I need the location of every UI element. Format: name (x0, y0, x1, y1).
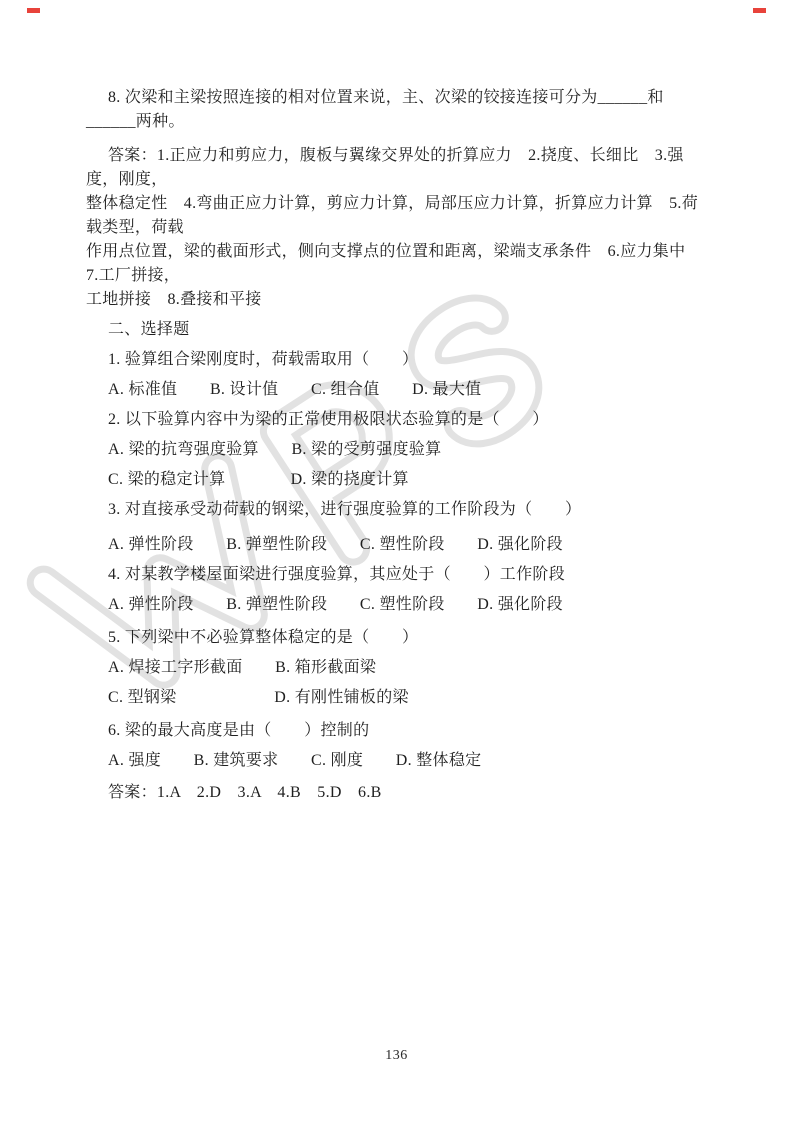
answer-paragraph-line: 工地拼接 8.叠接和平接 (86, 288, 707, 312)
document-page: 8. 次梁和主梁按照连接的相对位置来说，主、次梁的铰接连接可分为______和_… (0, 0, 793, 1122)
question-3-options: A. 弹性阶段 B. 弹塑性阶段 C. 塑性阶段 D. 强化阶段 (86, 533, 707, 557)
question-1: 1. 验算组合梁刚度时，荷载需取用（ ） (86, 348, 707, 372)
question-6: 6. 梁的最大高度是由（ ）控制的 (86, 719, 707, 743)
page-number: 136 (0, 1048, 793, 1064)
choice-answers-line: 答案：1.A 2.D 3.A 4.B 5.D 6.B (86, 781, 707, 805)
red-corner-mark-right (753, 8, 766, 13)
question-5-options-ab: A. 焊接工字形截面 B. 箱形截面梁 (86, 656, 707, 680)
question-5-options-cd: C. 型钢梁 D. 有刚性铺板的梁 (86, 686, 707, 710)
question-2-options-cd: C. 梁的稳定计算 D. 梁的挠度计算 (86, 468, 707, 492)
question-3: 3. 对直接承受动荷载的钢梁，进行强度验算的工作阶段为（ ） (86, 498, 707, 522)
answer-paragraph-line: 整体稳定性 4.弯曲正应力计算，剪应力计算，局部压应力计算，折算应力计算 5.荷… (86, 192, 707, 240)
answer-paragraph-line: 作用点位置，梁的截面形式，侧向支撑点的位置和距离，梁端支承条件 6.应力集中 7… (86, 240, 707, 288)
question-2: 2. 以下验算内容中为梁的正常使用极限状态验算的是（ ） (86, 408, 707, 432)
red-corner-mark-left (27, 8, 40, 13)
section-heading-choice-questions: 二、选择题 (86, 318, 707, 342)
question-4: 4. 对某教学楼屋面梁进行强度验算，其应处于（ ）工作阶段 (86, 563, 707, 587)
question-5: 5. 下列梁中不必验算整体稳定的是（ ） (86, 626, 707, 650)
document-body: 8. 次梁和主梁按照连接的相对位置来说，主、次梁的铰接连接可分为______和_… (0, 0, 793, 805)
question-6-options: A. 强度 B. 建筑要求 C. 刚度 D. 整体稳定 (86, 749, 707, 773)
question-4-options: A. 弹性阶段 B. 弹塑性阶段 C. 塑性阶段 D. 强化阶段 (86, 593, 707, 617)
question-2-options-ab: A. 梁的抗弯强度验算 B. 梁的受剪强度验算 (86, 438, 707, 462)
answer-paragraph-line: 答案：1.正应力和剪应力，腹板与翼缘交界处的折算应力 2.挠度、长细比 3.强度… (86, 144, 707, 192)
question-1-options: A. 标准值 B. 设计值 C. 组合值 D. 最大值 (86, 378, 707, 402)
fill-blank-question-8: 8. 次梁和主梁按照连接的相对位置来说，主、次梁的铰接连接可分为______和_… (86, 86, 707, 134)
